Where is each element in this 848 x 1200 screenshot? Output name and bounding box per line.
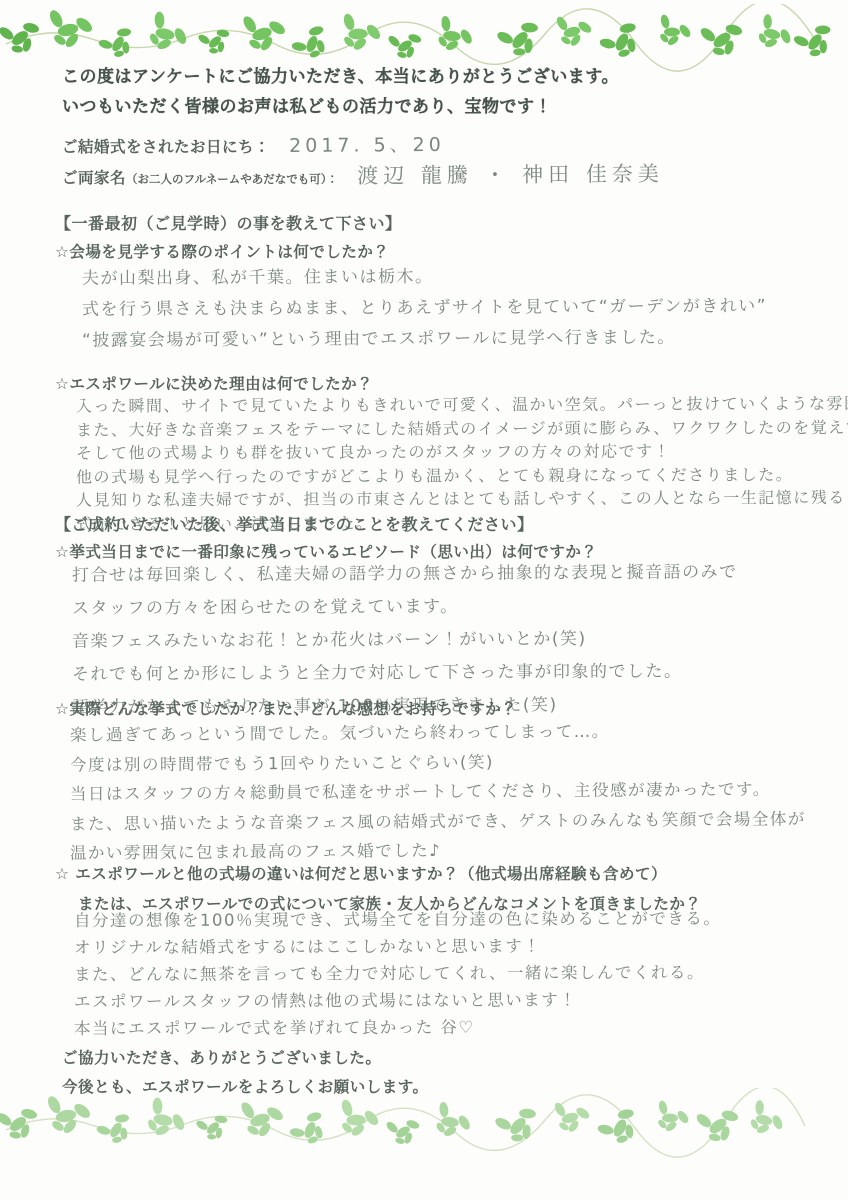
wedding-date-value: 2017. 5、20 xyxy=(289,130,445,158)
answer-line: それでも何とか形にしようと全力で対応して下さった事が印象的でした。 xyxy=(72,655,738,691)
answer-line: 楽し過ぎてあっという間でした。気づいたら終わってしまって…。 xyxy=(70,715,806,750)
answer-line: また、大好きな音楽フェスをテーマにした結婚式のイメージが頭に膨らみ、ワクワクした… xyxy=(76,415,848,442)
answer-line: 打合せは毎回楽しく、私達夫婦の語学力の無さから抽象的な表現と擬音語のみで xyxy=(72,556,738,592)
answer-line: 人見知りな私達夫婦ですが、担当の市東さんとはとても話しやすく、この人となら一生記… xyxy=(76,485,848,512)
answer-line: 自分達の想像を100％実現でき、式場全てを自分達の色に染めることができる。 xyxy=(74,905,721,934)
answer-line: 入った瞬間、サイトで見ていたよりもきれいで可愛く、温かい空気。パーっと抜けていく… xyxy=(76,391,848,418)
closing-line-1: ご協力いただき、ありがとうございました。 xyxy=(62,1044,428,1073)
section-header-after-contract: 【ご成約いただいた後、挙式当日までのことを教えてください】 xyxy=(55,512,534,535)
answer-difference: 自分達の想像を100％実現でき、式場全てを自分達の色に染めることができる。 オリ… xyxy=(74,906,721,1041)
scanned-survey-page: この度はアンケートにご協力いただき、本当にありがとうございます。 いつもいただく… xyxy=(0,0,848,1200)
question-decide-reason: ☆エスポワールに決めた理由は何でしたか？ xyxy=(55,372,373,394)
section-header-first-visit: 【一番最初（ご見学時）の事を教えて下さい】 xyxy=(55,211,402,234)
answer-line: 本当にエスポワールで式を挙げれて良かった 谷♡ xyxy=(74,1013,721,1042)
answer-line: スタッフの方々を困らせたのを覚えています。 xyxy=(72,589,738,625)
family-names-note: （お二人のフルネームやあだなでも可）： xyxy=(126,172,338,186)
question-visit-points: ☆会場を見学する際のポイントは何でしたか？ xyxy=(55,240,389,262)
family-names-row: ご両家名（お二人のフルネームやあだなでも可）： 渡辺 龍騰 ・ 神田 佳奈美 xyxy=(62,160,664,190)
answer-visit-points: 夫が山梨出身、私が千葉。住まいは栃木。 式を行う県さえも決まらぬまま、とりあえず… xyxy=(82,262,767,355)
intro-line-1: この度はアンケートにご協力いただき、本当にありがとうございます。 xyxy=(62,62,619,92)
answer-line: そして他の式場よりも群を抜いて良かったのがスタッフの方々の対応です！ xyxy=(76,438,848,465)
family-names-label: ご両家名 xyxy=(62,169,126,187)
answer-line: 他の式場も見学へ行ったのですがどこよりも温かく、とても親身になってくださりました… xyxy=(76,462,848,489)
vine-garland-bottom-icon xyxy=(0,1088,848,1158)
answer-line: “披露宴会場が可愛い”という理由でエスポワールに見学へ行きました。 xyxy=(82,322,767,357)
wedding-date-label: ご結婚式をされたお日にち： xyxy=(62,138,270,156)
intro-line-2: いつもいただく皆様のお声は私どもの活力であり、宝物です！ xyxy=(62,92,619,122)
answer-line: また、どんなに無茶を言っても全力で対応してくれ、一緒に楽しんでくれる。 xyxy=(74,959,721,988)
family-names-value: 渡辺 龍騰 ・ 神田 佳奈美 xyxy=(357,158,664,190)
answer-ceremony-impression: 楽し過ぎてあっという間でした。気づいたら終わってしまって…。 今度は別の時間帯で… xyxy=(70,718,806,866)
question-ceremony-impression: ☆実際どんな挙式でしたか？また、どんな感想をお持ちですか？ xyxy=(55,697,517,719)
answer-line: 夫が山梨出身、私が千葉。住まいは栃木。 xyxy=(82,260,767,295)
wedding-date-row: ご結婚式をされたお日にち： 2017. 5、20 xyxy=(62,131,445,158)
answer-line: オリジナルな結婚式をするにはここしかないと思います！ xyxy=(74,932,721,961)
answer-line: 当日はスタッフの方々総動員で私達をサポートしてくださり、主役感が凄かったです。 xyxy=(70,774,806,809)
question-difference: ☆ エスポワールと他の式場の違いは何だと思いますか？（他式場出席経験も含めて） xyxy=(55,862,667,884)
answer-line: 式を行う県さえも決まらぬまま、とりあえずサイトを見ていて“ガーデンがきれい” xyxy=(82,291,767,326)
intro-text: この度はアンケートにご協力いただき、本当にありがとうございます。 いつもいただく… xyxy=(62,62,619,122)
answer-line: エスポワールスタッフの情熱は他の式場にはないと思います！ xyxy=(74,986,721,1015)
answer-line: 音楽フェスみたいなお花！とか花火はバーン！がいいとか(笑) xyxy=(72,622,738,658)
